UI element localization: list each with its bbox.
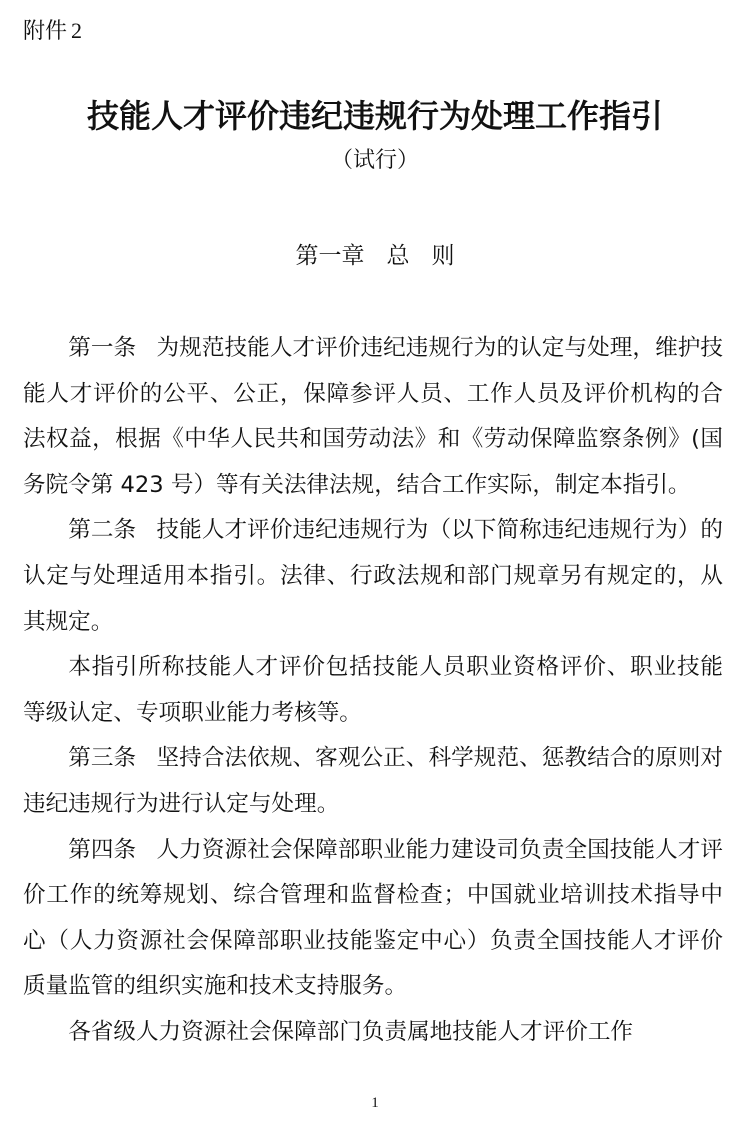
article-number: 第四条 — [68, 837, 136, 863]
chapter-name-part2: 则 — [432, 243, 455, 269]
attachment-label-text: 附件 — [23, 19, 67, 44]
paragraph-text: 各省级人力资源社会保障部门负责属地技能人才评价工作 — [68, 1019, 633, 1045]
chapter-name-part1: 总 — [387, 243, 410, 269]
page-number: 1 — [0, 1095, 750, 1112]
article-4-paragraph: 第四条人力资源社会保障部职业能力建设司负责全国技能人才评价工作的统筹规划、综合管… — [23, 828, 723, 1010]
chapter-heading: 第一章总则 — [0, 240, 750, 272]
paragraph-text: 本指引所称技能人才评价包括技能人员职业资格评价、职业技能等级认定、专项职业能力考… — [23, 654, 723, 726]
article-1-paragraph: 第一条为规范技能人才评价违纪违规行为的认定与处理，维护技能人才评价的公平、公正，… — [23, 326, 723, 508]
article-2-paragraph: 第二条技能人才评价违纪违规行为（以下简称违纪违规行为）的认定与处理适用本指引。法… — [23, 508, 723, 645]
chapter-number: 第一章 — [296, 243, 365, 269]
article-number: 第一条 — [68, 335, 136, 361]
document-subtitle: （试行） — [0, 146, 750, 176]
article-3-paragraph: 第三条坚持合法依规、客观公正、科学规范、惩教结合的原则对违纪违规行为进行认定与处… — [23, 736, 723, 827]
article-2-continuation-paragraph: 本指引所称技能人才评价包括技能人员职业资格评价、职业技能等级认定、专项职业能力考… — [23, 645, 723, 736]
article-number: 第三条 — [68, 745, 136, 771]
article-number: 第二条 — [68, 517, 136, 543]
document-body: 第一条为规范技能人才评价违纪违规行为的认定与处理，维护技能人才评价的公平、公正，… — [23, 326, 723, 1056]
document-title: 技能人才评价违纪违规行为处理工作指引 — [0, 94, 750, 138]
attachment-label: 附件2 — [23, 16, 82, 47]
attachment-number: 2 — [71, 18, 82, 43]
article-4-continuation-paragraph: 各省级人力资源社会保障部门负责属地技能人才评价工作 — [23, 1010, 723, 1056]
